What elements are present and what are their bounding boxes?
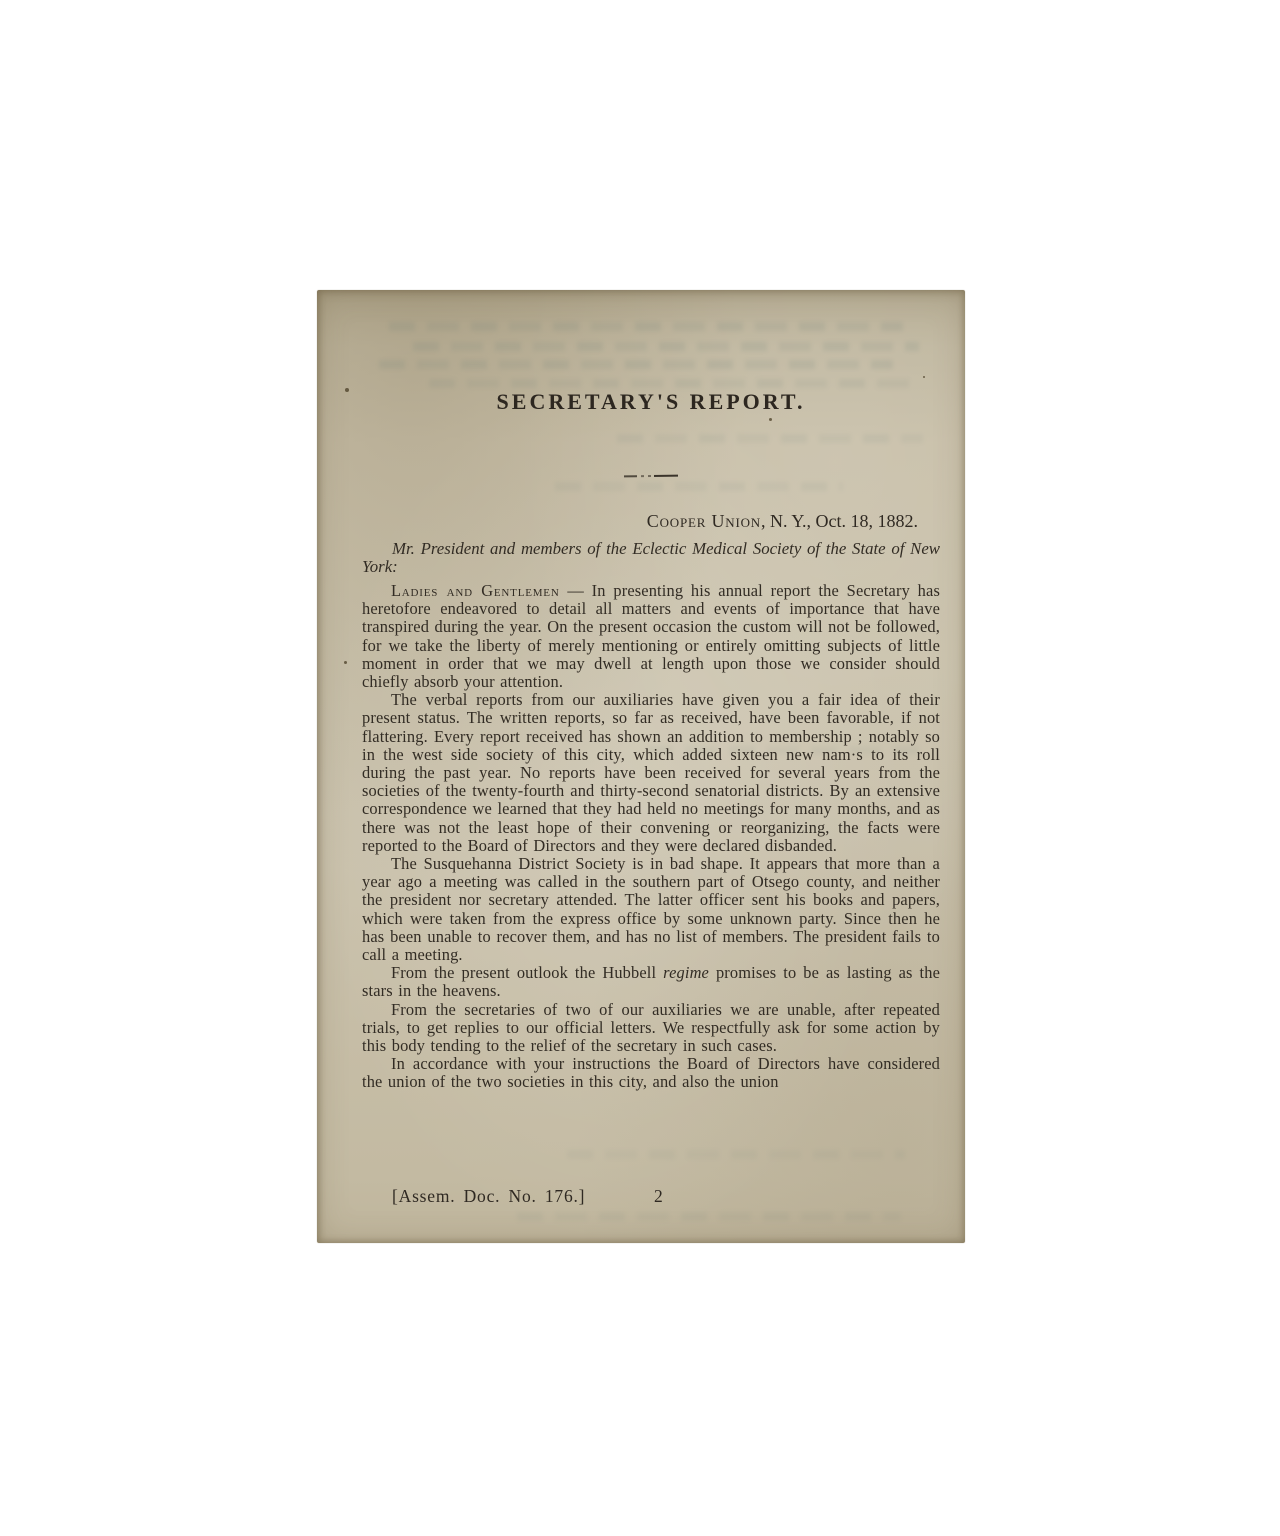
- page-number: 2: [654, 1186, 663, 1207]
- paragraph: Ladies and Gentlemen — In presenting his…: [362, 582, 940, 691]
- paragraph-segment: From the secretaries of two of our auxil…: [362, 1000, 940, 1055]
- page-footer: [Assem. Doc. No. 176.] 2: [362, 1186, 940, 1207]
- bleedthrough-line: [413, 342, 919, 351]
- paragraph: The verbal reports from our auxiliaries …: [362, 691, 940, 855]
- bleedthrough-line: [517, 1212, 901, 1221]
- salutation: Mr. President and members of the Eclecti…: [362, 540, 940, 577]
- paper-speck: [345, 388, 349, 392]
- paper-speck: [923, 376, 925, 378]
- bleedthrough-line: [567, 1150, 905, 1159]
- bleedthrough-line: [389, 322, 903, 331]
- section-divider: [362, 464, 940, 482]
- paragraph-segment: The Susquehanna District Society is in b…: [362, 854, 940, 964]
- dateline-date: , N. Y., Oct. 18, 1882.: [761, 511, 918, 531]
- dateline: Cooper Union, N. Y., Oct. 18, 1882.: [362, 511, 940, 532]
- bleedthrough-line: [429, 379, 909, 388]
- dateline-place: Cooper Union: [647, 511, 761, 531]
- body-text: Ladies and Gentlemen — In presenting his…: [362, 582, 940, 1092]
- divider-rule: [624, 475, 678, 478]
- paragraph-segment: regime: [663, 963, 709, 982]
- paragraph-segment: From the present outlook the Hubbell: [391, 963, 663, 982]
- paragraph-segment: The verbal reports from our auxiliaries …: [362, 690, 940, 855]
- paragraph: From the present outlook the Hubbell reg…: [362, 964, 940, 1000]
- document-page: SECRETARY'S REPORT. Cooper Union, N. Y.,…: [317, 290, 965, 1243]
- paragraph: The Susquehanna District Society is in b…: [362, 855, 940, 964]
- paragraph-segment: In accordance with your instructions the…: [362, 1054, 940, 1091]
- bleedthrough-line: [617, 434, 923, 443]
- paragraph-segment: Ladies and Gentlemen: [391, 581, 560, 600]
- paragraph: In accordance with your instructions the…: [362, 1055, 940, 1091]
- paper-speck: [769, 418, 772, 421]
- page-title: SECRETARY'S REPORT.: [362, 389, 940, 415]
- paper-speck: [344, 661, 347, 664]
- paragraph: From the secretaries of two of our auxil…: [362, 1001, 940, 1056]
- bleedthrough-line: [555, 482, 843, 491]
- document-reference: [Assem. Doc. No. 176.]: [392, 1186, 585, 1206]
- bleedthrough-line: [379, 360, 893, 369]
- scan-background: SECRETARY'S REPORT. Cooper Union, N. Y.,…: [0, 0, 1280, 1536]
